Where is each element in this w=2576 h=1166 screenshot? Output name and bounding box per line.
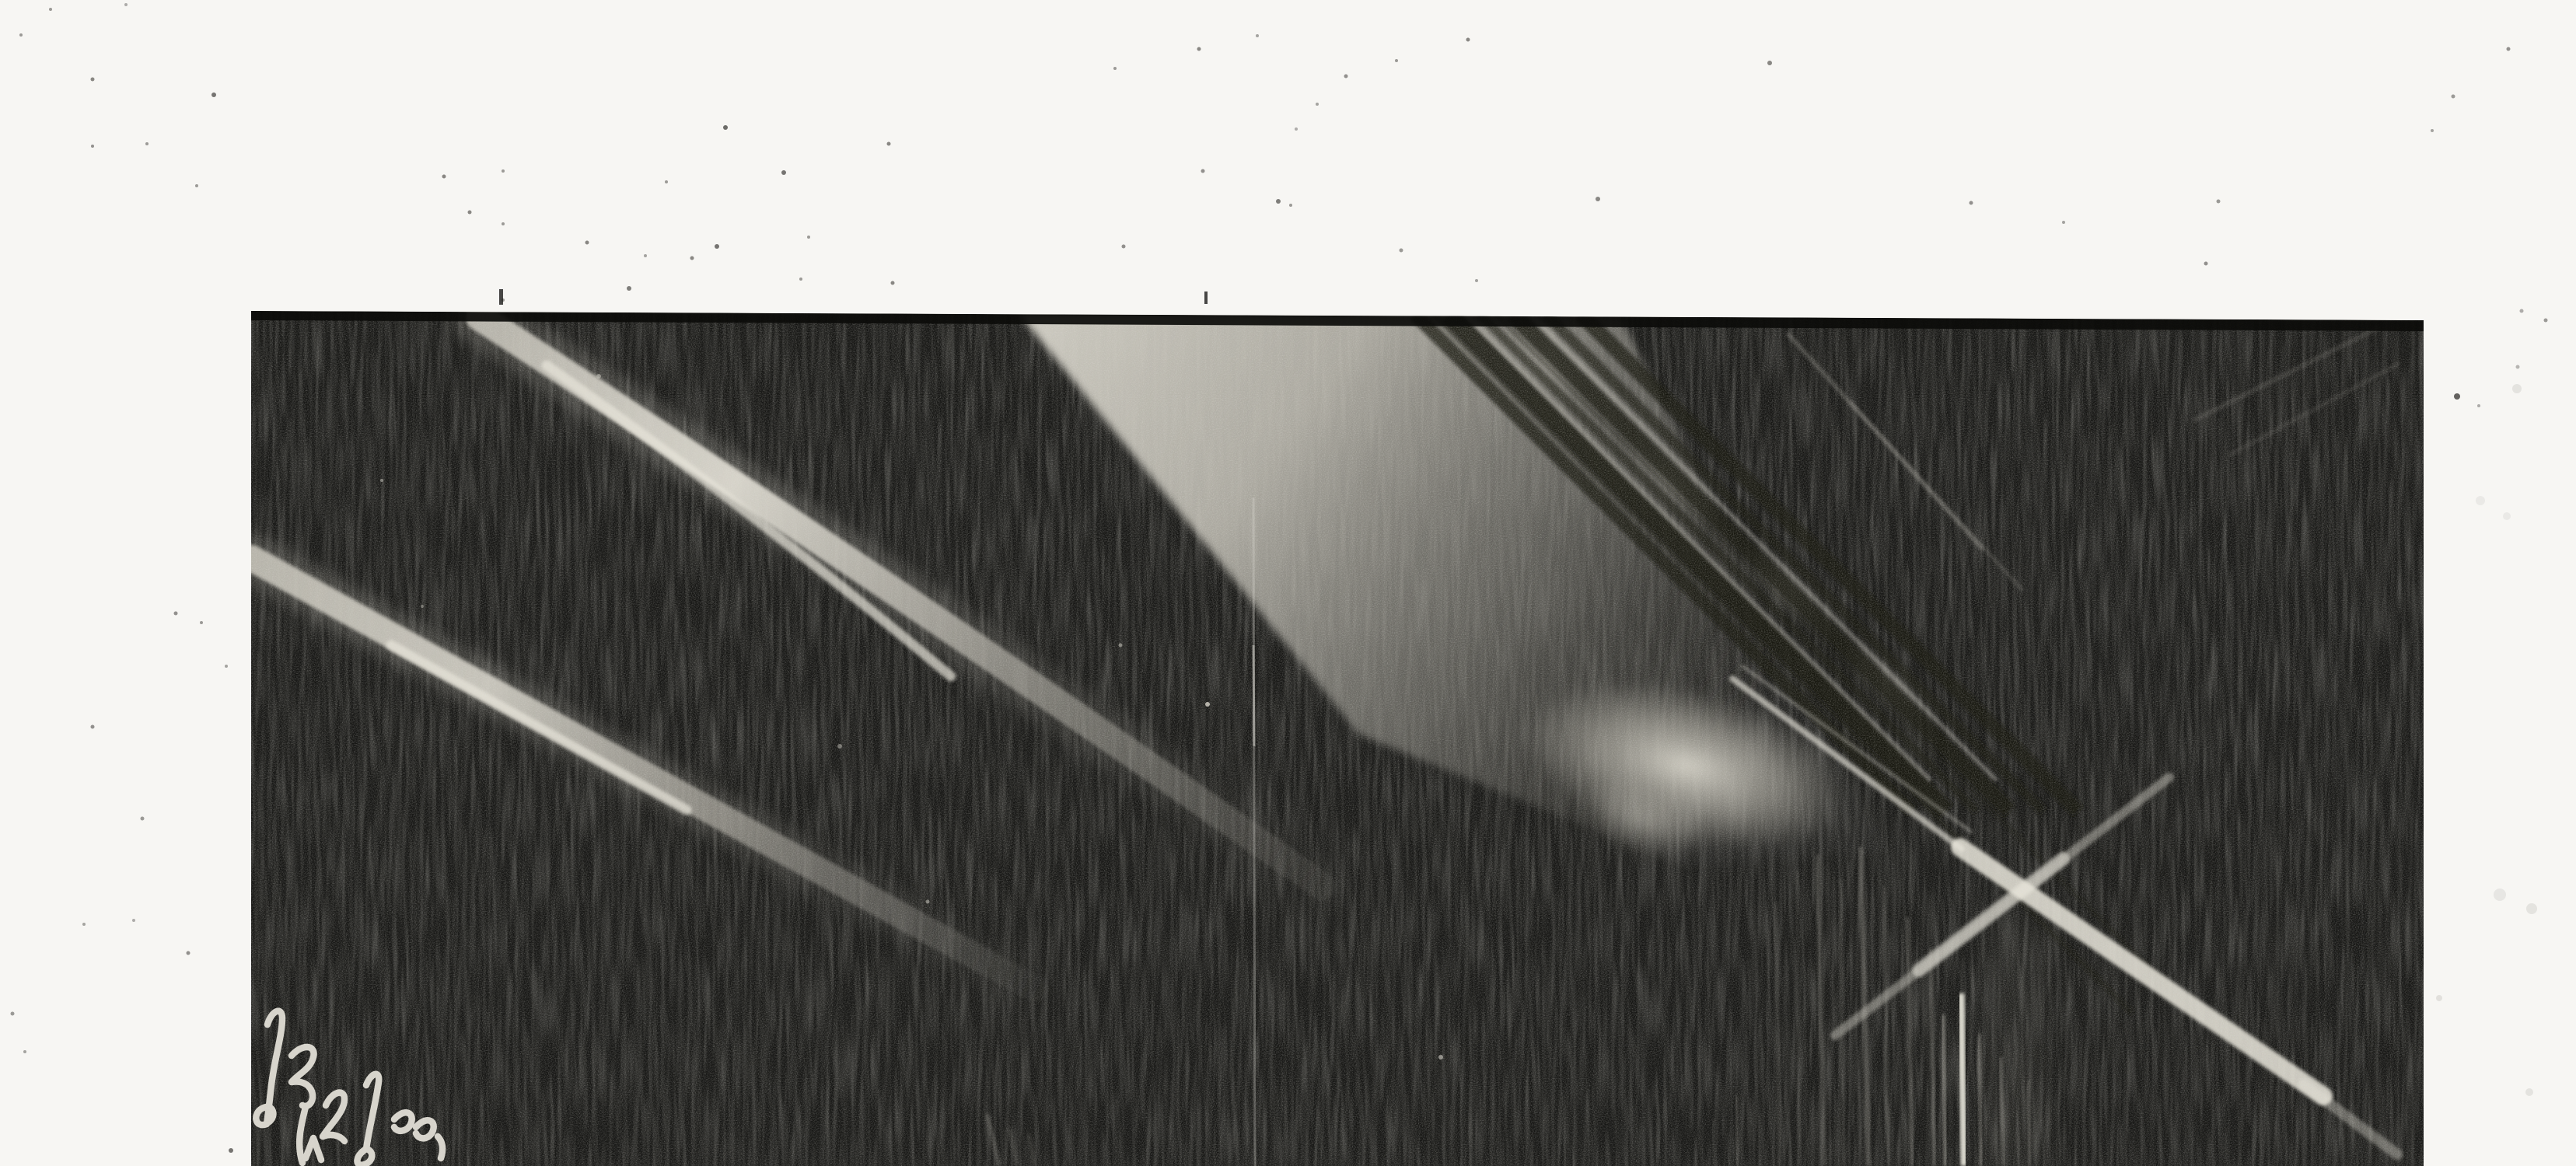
noise-smudge xyxy=(2526,903,2537,914)
etching-artwork xyxy=(251,311,2424,1166)
noise-speckle xyxy=(887,142,891,146)
noise-speckle xyxy=(174,612,178,616)
noise-speckle xyxy=(690,257,694,260)
noise-smudge xyxy=(2476,496,2485,505)
noise-speckle xyxy=(1256,34,1259,37)
noise-speckle xyxy=(19,33,23,37)
noise-speckle xyxy=(442,175,446,179)
noise-speckle xyxy=(49,8,52,11)
noise-speckle xyxy=(2454,393,2460,400)
noise-speckle xyxy=(502,169,505,173)
noise-speckle xyxy=(2217,200,2221,204)
noise-speckle xyxy=(799,278,802,281)
noise-speckle xyxy=(91,145,94,148)
noise-speckle xyxy=(891,281,895,285)
noise-speckle xyxy=(502,222,505,225)
noise-speckle xyxy=(781,170,786,175)
noise-speckle xyxy=(225,665,228,668)
noise-speckle xyxy=(124,3,128,6)
noise-speckle xyxy=(1295,127,1298,131)
noise-speckle xyxy=(82,923,86,926)
noise-speckle xyxy=(1400,249,1403,253)
noise-speckle xyxy=(723,125,728,130)
noise-speckle xyxy=(195,184,198,187)
noise-speckle xyxy=(1475,279,1478,282)
noise-smudge xyxy=(2512,384,2522,393)
edge-tick xyxy=(499,289,503,305)
noise-speckle xyxy=(2452,95,2455,99)
noise-speckle xyxy=(468,211,472,215)
noise-speckle xyxy=(665,180,668,183)
noise-speckle xyxy=(141,817,145,821)
noise-speckle xyxy=(1197,47,1201,51)
etching-grain xyxy=(251,311,2424,1166)
noise-speckle xyxy=(1201,169,1205,173)
noise-speckle xyxy=(229,1148,233,1153)
noise-speckle xyxy=(145,142,149,145)
noise-speckle xyxy=(1276,199,1281,204)
noise-speckle xyxy=(2431,129,2434,132)
noise-speckle xyxy=(1395,59,1398,62)
noise-speckle xyxy=(1596,197,1600,201)
noise-speckle xyxy=(1289,204,1292,207)
noise-speckle xyxy=(2477,404,2480,407)
noise-smudge xyxy=(2436,995,2442,1001)
noise-speckle xyxy=(644,254,647,257)
noise-speckle xyxy=(200,621,203,624)
noise-speckle xyxy=(211,93,216,97)
noise-speckle xyxy=(2062,221,2065,224)
noise-speckle xyxy=(2544,319,2548,323)
noise-speckle xyxy=(1113,67,1117,70)
noise-speckle xyxy=(2520,309,2524,313)
noise-speckle xyxy=(1466,38,1470,42)
noise-speckle xyxy=(807,236,810,239)
scanned-page xyxy=(0,0,2576,1166)
noise-smudge xyxy=(2503,512,2511,520)
noise-speckle xyxy=(11,1012,15,1016)
noise-speckle xyxy=(1970,201,1973,205)
noise-speckle xyxy=(2204,262,2208,266)
noise-smudge xyxy=(2525,1088,2533,1096)
noise-speckle xyxy=(2507,47,2511,51)
noise-speckle xyxy=(715,244,719,249)
noise-speckle xyxy=(132,919,135,922)
edge-tick xyxy=(1204,291,1208,304)
noise-speckle xyxy=(627,286,631,291)
noise-speckle xyxy=(2516,365,2520,369)
noise-speckle xyxy=(91,78,95,82)
noise-speckle xyxy=(585,241,589,245)
etching-scene-svg xyxy=(0,0,2576,1166)
noise-speckle xyxy=(1344,75,1348,79)
noise-speckle xyxy=(187,951,190,955)
noise-speckle xyxy=(1316,103,1319,106)
noise-speckle xyxy=(1122,245,1126,249)
noise-smudge xyxy=(2494,888,2506,901)
noise-speckle xyxy=(1767,61,1772,65)
noise-speckle xyxy=(91,725,95,729)
noise-speckle xyxy=(23,1050,26,1053)
